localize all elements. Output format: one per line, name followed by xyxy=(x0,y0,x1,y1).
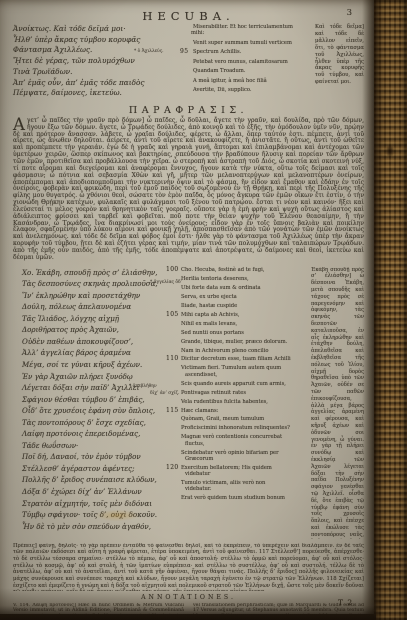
latin-translation-line: Avertite, Dii, supplico. xyxy=(180,87,299,93)
chorus-latin-line: Scis quando aureis apparuit cum armis, xyxy=(166,381,293,387)
chorus-latin-line: Herilia tentoria deserens, xyxy=(166,276,293,282)
chorus-latin-text: Magnæ verò contentionis concurrebat fluc… xyxy=(181,434,282,446)
footnote-left-column: V. 114. Λαίφη προτόνοις] Hæc in hunc Ord… xyxy=(13,603,184,614)
chorus-latin-text: Sed nuntii onus portans xyxy=(181,330,244,336)
chorus-verse-line: Σφάγιον θέσθαι τύμβου δ’ ἐπιβάς, xyxy=(13,394,161,406)
chorus-greek-column: Χο. Ἑκάβη, σπουδῇ πρὸς σ’ ἐλιάσθην, Τὰς … xyxy=(13,267,161,539)
chorus-verse-line: Τύμβῳ σφάγιον· τοῖς δ’, οὐχὶ δοκοῦν. xyxy=(13,509,161,521)
paraphrasis-text: γετ’ ὦ παῖδες τὴν γραῦν πρὸ δόμων] ὦ παῖ… xyxy=(13,117,364,261)
latin-translation-text: Miserabiliter. Et hoc terriculamentum mi… xyxy=(191,24,293,36)
latin-translation-text: Petebat vero munus, calamitosarum xyxy=(193,59,288,65)
chorus-latin-line: Nihil ex malis levans, xyxy=(166,321,293,327)
latin-translation-line: A meâ igitur, à meâ hoc filiâ xyxy=(180,78,299,84)
chorus-latin-line: Vela rudentibus fulcita habentes, xyxy=(166,399,293,405)
chorus-verse-line: Λαίφη προτόνοις ἐπερειδομένας, xyxy=(13,428,161,440)
top-commentary-column: Καὶ τόδε δεῖμα] καὶ τόδε δὲ μᾶλλον εἰπεῖ… xyxy=(315,24,364,99)
verse-line-number: 105 xyxy=(166,312,181,318)
verse-line-number: 120 xyxy=(166,465,181,471)
latin-translation-text: Venit super summam tumuli verticem xyxy=(193,40,292,46)
book-cover-edge xyxy=(374,0,407,620)
chorus-verse-line: Χο. Ἑκάβη, σπουδῇ πρὸς σ’ ἐλιάσθην, xyxy=(13,267,161,279)
chorus-latin-line: Nam in Achivorum pleno concilio xyxy=(166,348,293,354)
greek-verse-line: Ἀνοίκτως. Καὶ τόδε δεῖμά μοι· xyxy=(13,24,173,35)
greek-verse-line: Ἦλθ’ ὑπὲρ ἄκρας τύμβου κορυφᾶς xyxy=(13,35,173,46)
top-section: Ἀνοίκτως. Καὶ τόδε δεῖμά μοι· Ἦλθ’ ὑπὲρ … xyxy=(13,24,364,99)
chorus-latin-line: Erat verò quidem tuum studium bonum xyxy=(166,495,293,501)
chorus-latin-text: Mihi capta ab Achivis, xyxy=(181,312,239,318)
chorus-verse-line: Οὐδὲν παθέων ἀποκουφίζουσ’, xyxy=(13,336,161,348)
marginal-note: * ἀπεβλήθην xyxy=(129,384,157,389)
page-title: HECUBA. xyxy=(142,9,234,23)
verse-section: Χο. Ἑκάβη, σπουδῇ πρὸς σ’ ἐλιάσθην, Τὰς … xyxy=(13,267,364,539)
chorus-latin-text: Serva, ex urbe ejecta xyxy=(181,294,237,300)
chorus-latin-line: 105Mihi capta ab Achivis, xyxy=(166,312,293,318)
marginal-note: * ἀγγελίας ὅδ’ xyxy=(150,280,182,285)
chorus-latin-line: Scindebatur verò opinio bifariam per Græ… xyxy=(166,450,293,462)
latin-translation-text: Quandam Troadum. xyxy=(193,68,245,74)
chorus-latin-text: Victimam fieri. Tumulum autem quum ascen… xyxy=(181,365,281,377)
chorus-verse-line: Μέγα, σοί τε γύναι κῆρυξ ἀχέων. xyxy=(13,359,161,371)
chorus-verse-line: Τὰς δεσποσύνες σκηνὰς προλιποῦσα, xyxy=(13,278,161,290)
chorus-latin-line: Sed nuntii onus portans xyxy=(166,330,293,336)
paraphrasis-paragraph: Αγετ’ ὦ παῖδες τὴν γραῦν πρὸ δόμων] ὦ πα… xyxy=(13,118,364,262)
footnotes: V. 114. Λαίφη προτόνοις] Hæc in hunc Ord… xyxy=(13,603,364,614)
chorus-latin-line: 100Cho. Hecuba, festinè ad te fugi, xyxy=(166,267,293,273)
chorus-verse-line: Δόξα δ’ ἐχώρει δίχ’ ἀν’ Ἑλλάνων xyxy=(13,486,161,498)
greek-verse-column: Ἀνοίκτως. Καὶ τόδε δεῖμά μοι· Ἦλθ’ ὑπὲρ … xyxy=(13,24,173,99)
chorus-verse-line: Ἐν γὰρ Ἀχαιῶν πλήρει ξυνόδῳ xyxy=(13,371,161,383)
book-photo: HECUBA. 3 Ἀνοίκτως. Καὶ τόδε δεῖμά μοι· … xyxy=(0,0,407,620)
latin-translation-line: Venit super summam tumuli verticem xyxy=(180,40,299,46)
chorus-latin-text: Dicitur decretum esse, tuam filiam Achil… xyxy=(181,356,291,362)
verse-line-number: 95 xyxy=(180,49,193,55)
page-header: HECUBA. 3 xyxy=(13,5,364,18)
chorus-verse-line: Στέλλεσθ’ ἀγέραστον ἀφέντες; xyxy=(13,463,161,475)
chorus-latin-line: Proficiscimini inhonoratum relinquentes? xyxy=(166,425,293,431)
chorus-latin-line: Pontivagas retinuit rates xyxy=(166,390,293,396)
chorus-latin-text: Hæc clamans: xyxy=(181,408,218,414)
chorus-verse-line: Δούλη, πόλεως ἀπελαυνομένα xyxy=(13,301,161,313)
verse-line-number: 115 xyxy=(166,408,181,414)
latin-translation-text: Spectrum Achillis. xyxy=(193,49,241,55)
chorus-verse-line: Ἵν’ ἐκληρώθην καὶ προσετάχθην xyxy=(13,290,161,302)
chorus-latin-text: Pontivagas retinuit rates xyxy=(181,390,246,396)
greek-verse-line: Ἀπ’ ἐμᾶς οὖν, ἀπ’ ἐμᾶς τόδε παιδὸς xyxy=(13,78,173,89)
chorus-verse-line: Τάδε θωΰσσων· xyxy=(13,440,161,452)
chorus-verse-line: Ἦν δὲ τὸ μὲν σὸν σπεύδων ἀγαθόν, xyxy=(13,521,161,533)
chorus-latin-line: Serva, ex urbe ejecta xyxy=(166,294,293,300)
chorus-verse-line: Πολλῆς δ’ ἔριδος συνέπαισε κλύδων, xyxy=(13,474,161,486)
chorus-latin-line: Iliade, hastæ cuspide xyxy=(166,303,293,309)
chorus-latin-line: Quònam, Graii, meum tumulum xyxy=(166,416,293,422)
chorus-latin-text: Herilia tentoria deserens, xyxy=(181,276,249,282)
chorus-latin-text: Ubi forte data sum & ordinata xyxy=(181,285,261,291)
drop-cap: Α xyxy=(13,118,27,132)
verse-line-number: 100 xyxy=(166,267,181,273)
latin-translation-line: Miserabiliter. Et hoc terriculamentum mi… xyxy=(180,24,299,37)
chorus-latin-text: Exercitum bellatorem; His quidem videbat… xyxy=(181,465,272,477)
chorus-latin-text: Vela rudentibus fulcita habentes, xyxy=(181,399,268,405)
scholia-block: Πρέπεις] φαίνῃ, δηλοῖς· τὸ γὰρ πρέπειν ἐ… xyxy=(13,543,364,591)
side-commentary-column: Ἑκάβη σπουδῇ πρὸς σ’ ἐλιάσθην] ὦ δέσποιν… xyxy=(311,267,364,539)
latin-translation-column: Miserabiliter. Et hoc terriculamentum mi… xyxy=(180,24,308,99)
chorus-latin-line: Ubi forte data sum & ordinata xyxy=(166,285,293,291)
chorus-latin-text: Grande, tibique, mulier, præco dolorum. xyxy=(181,339,287,345)
chorus-latin-text: Nihil ex malis levans, xyxy=(181,321,237,327)
verse-line-number: 110 xyxy=(166,356,181,362)
latin-translation-text: Avertite, Dii, supplico. xyxy=(193,87,252,93)
chorus-latin-line: 120Exercitum bellatorem; His quidem vide… xyxy=(166,465,293,477)
latin-translation-text: A meâ igitur, à meâ hoc filiâ xyxy=(193,78,267,84)
chorus-latin-line: Tumulo victimam, aliis verò non videbatu… xyxy=(166,480,293,492)
chorus-verse-line: Τὰς ποντοπόρους δ’ ἔσχε σχεδίας, xyxy=(13,417,161,429)
chorus-latin-text: Nam in Achivorum pleno concilio xyxy=(181,348,268,354)
chorus-verse-line: Στρατὸν αἰχμητήν, τοῖς μὲν διδόναι xyxy=(13,498,161,510)
annotationes-heading: ANNOTATIONES. xyxy=(13,594,364,601)
chorus-latin-text: Quònam, Graii, meum tumulum xyxy=(181,416,264,422)
chorus-verse-line: Ποῖ δή, Δαναοί, τὸν ἐμὸν τύμβον xyxy=(13,451,161,463)
chorus-latin-text: Tumulo victimam, aliis verò non videbatu… xyxy=(181,480,265,492)
paraphrasis-heading: ΠΑΡΑΦΡΑΣΙΣ. xyxy=(13,105,364,116)
chorus-latin-line: 110Dicitur decretum esse, tuam filiam Ac… xyxy=(166,356,293,362)
chorus-latin-line: Grande, tibique, mulier, præco dolorum. xyxy=(166,339,293,345)
greek-verse-line: Πέμψατε, δαίμονες, ἱκετεύω. xyxy=(13,88,173,99)
marginal-note: * ὁ Ἀχιλλεύς. xyxy=(134,49,164,54)
chorus-latin-line: Victimam fieri. Tumulum autem quum ascen… xyxy=(166,365,293,377)
greek-verse-line: Τινὰ Τρωϊάδων. xyxy=(13,67,173,78)
chorus-latin-text: Proficiscimini inhonoratum relinquentes? xyxy=(181,425,290,431)
greek-verse-line: ᾜτει δὲ γέρας, τῶν πολυμόχθων xyxy=(13,56,173,67)
marginal-note: δίχ’ ἀν’ σχίζ. xyxy=(150,391,179,396)
latin-translation-line: 95Spectrum Achillis. xyxy=(180,49,299,55)
chorus-latin-line: 115Hæc clamans: xyxy=(166,408,293,414)
book-page: HECUBA. 3 Ἀνοίκτως. Καὶ τόδε δεῖμά μοι· … xyxy=(0,0,374,614)
chorus-verse-line: Δοριθήρατος πρὸς Ἀχαιῶν, xyxy=(13,324,161,336)
signature-mark: T 2 xyxy=(338,598,353,607)
latin-translation-line: Petebat vero munus, calamitosarum xyxy=(180,59,299,65)
chorus-latin-text: Cho. Hecuba, festinè ad te fugi, xyxy=(181,267,264,273)
chorus-latin-text: Scindebatur verò opinio bifariam per Græ… xyxy=(181,450,279,462)
chorus-verse-line: Ἀλλ’ ἀγγελίας βάρος ἀραμένα xyxy=(13,347,161,359)
chorus-latin-text: Erat verò quidem tuum studium bonum xyxy=(181,495,285,501)
chorus-latin-text: Scis quando aureis apparuit cum armis, xyxy=(181,381,286,387)
chorus-latin-text: Iliade, hastæ cuspide xyxy=(181,303,237,309)
chorus-verse-line: Οἶδ’ ὅτε χρυσέοις ἐφάνη σὺν ὅπλοις, xyxy=(13,405,161,417)
page-number: 3 xyxy=(347,8,352,18)
chorus-verse-line: Τᾶς Ἰλιάδος, λόγχης αἰχμῇ xyxy=(13,313,161,325)
chorus-latin-column: 100Cho. Hecuba, festinè ad te fugi, Heri… xyxy=(166,267,306,539)
latin-translation-line: Quandam Troadum. xyxy=(180,68,299,74)
chorus-latin-line: Magnæ verò contentionis concurrebat fluc… xyxy=(166,434,293,446)
